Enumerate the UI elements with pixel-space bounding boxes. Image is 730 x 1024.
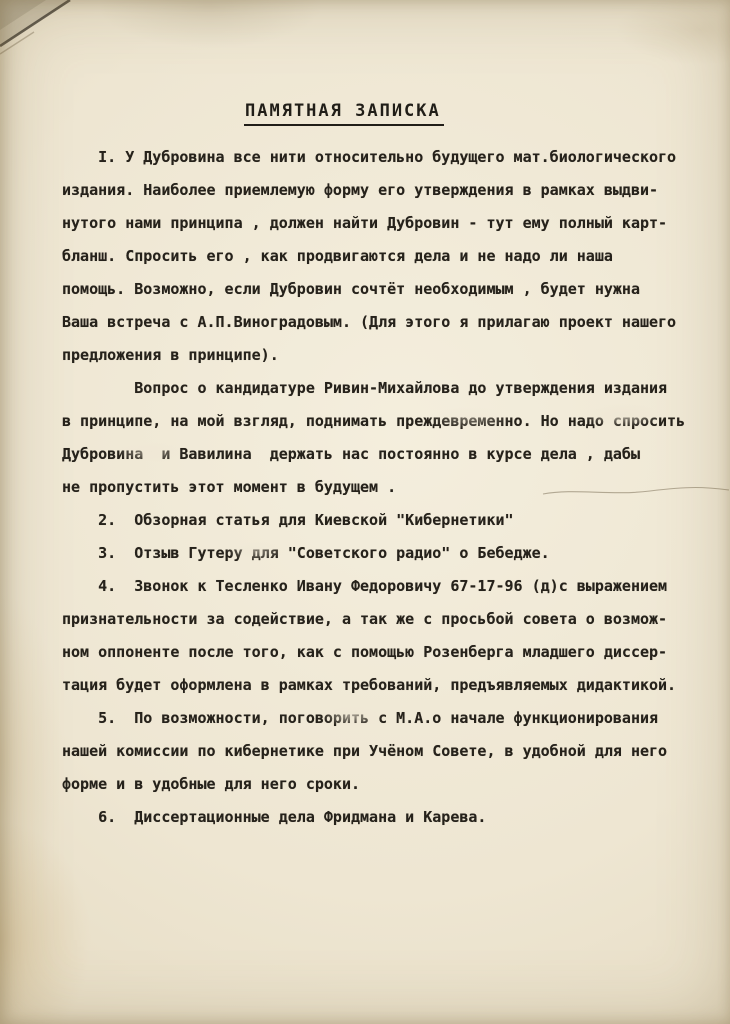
doc-line-3: нутого нами принципа , должен найти Дубр…: [62, 207, 712, 240]
doc-line-14: 4. Звонок к Тесленко Ивану Федоровичу 67…: [62, 570, 712, 603]
doc-line-1: I. У Дубровина все нити относительно буд…: [62, 141, 712, 174]
doc-line-8: Вопрос о кандидатуре Ривин-Михайлова до …: [62, 372, 712, 405]
doc-line-13: 3. Отзыв Гутеру для "Советского радио" о…: [62, 537, 712, 570]
doc-line-19: нашей комиссии по кибернетике при Учёном…: [62, 735, 712, 768]
doc-line-17: тация будет оформлена в рамках требовани…: [62, 669, 712, 702]
doc-line-5: помощь. Возможно, если Дубровин сочтёт н…: [62, 273, 712, 306]
doc-line-15: признательности за содействие, а так же …: [62, 603, 712, 636]
document-body: I. У Дубровина все нити относительно буд…: [62, 141, 712, 834]
corner-fold-shadow: [0, 0, 110, 80]
doc-line-6: Ваша встреча с А.П.Виноградовым. (Для эт…: [62, 306, 712, 339]
doc-line-20: форме и в удобные для него сроки.: [62, 768, 712, 801]
scanned-memo-page: ПАМЯТНАЯ ЗАПИСКА I. У Дубровина все нити…: [0, 0, 730, 1024]
document-title: ПАМЯТНАЯ ЗАПИСКА: [244, 101, 444, 126]
doc-line-18: 5. По возможности, поговорить с М.А.о на…: [62, 702, 712, 735]
doc-line-4: бланш. Спросить его , как продвигаются д…: [62, 240, 712, 273]
doc-line-12: 2. Обзорная статья для Киевской "Киберне…: [62, 504, 712, 537]
doc-line-2: издания. Наиболее приемлемую форму его у…: [62, 174, 712, 207]
doc-line-10: Дубровина и Вавилина держать нас постоян…: [62, 438, 712, 471]
doc-line-9: в принципе, на мой взгляд, поднимать пре…: [62, 405, 712, 438]
doc-line-21: 6. Диссертационные дела Фридмана и Карев…: [62, 801, 712, 834]
doc-line-16: ном оппоненте после того, как с помощью …: [62, 636, 712, 669]
doc-line-11: не пропустить этот момент в будущем .: [62, 471, 712, 504]
doc-line-7: предложения в принципе).: [62, 339, 712, 372]
